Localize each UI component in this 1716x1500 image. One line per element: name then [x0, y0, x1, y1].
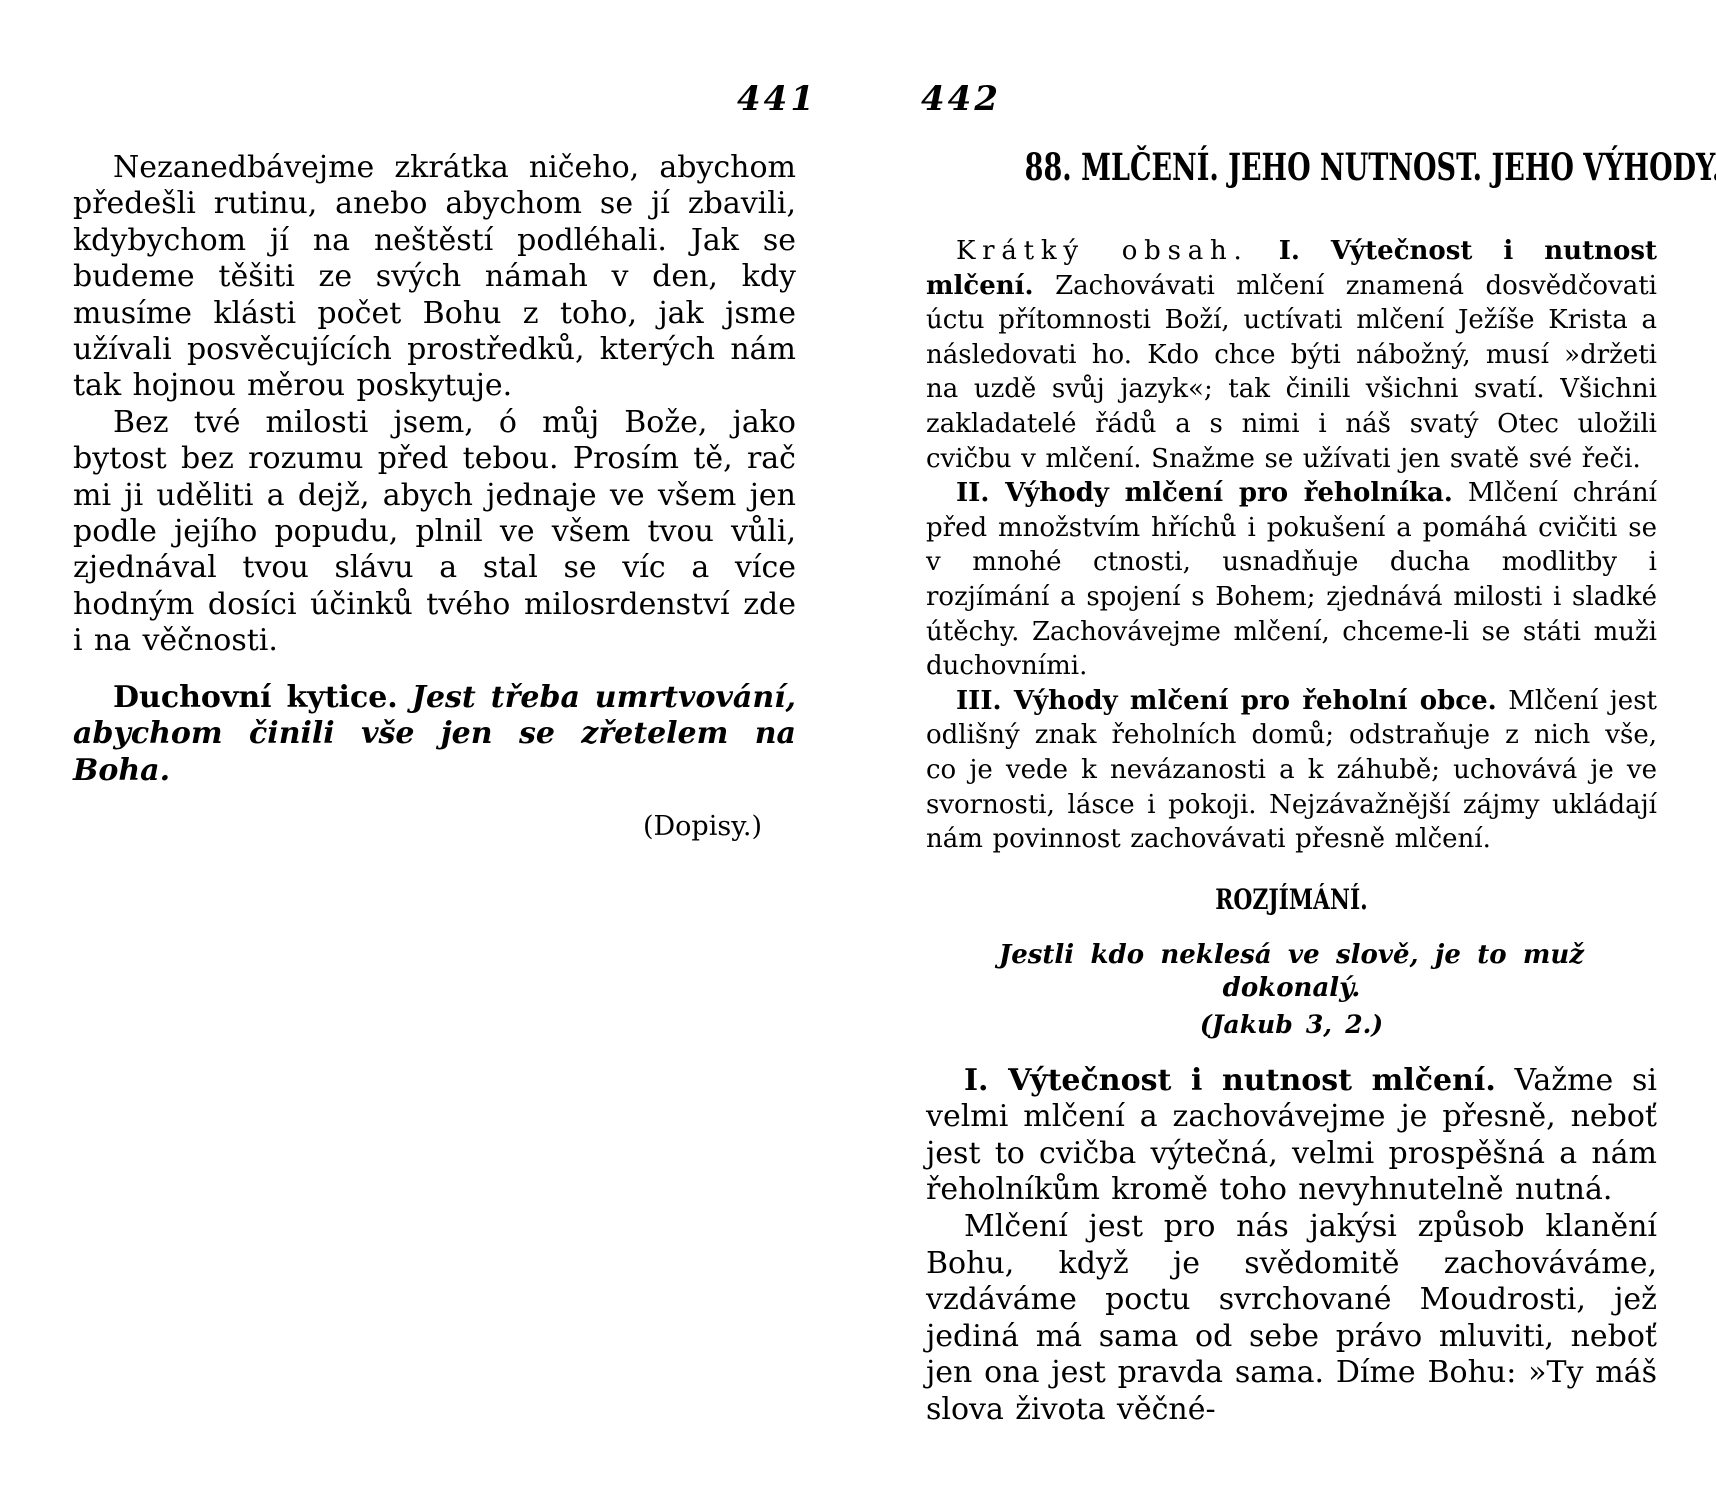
meditation-section-title: I. Výtečnost i nutnost mlčení.: [964, 1063, 1496, 1098]
meditation-block: ROZJÍMÁNÍ. Jestli kdo neklesá ve slově, …: [926, 883, 1657, 1429]
summary-section1-text: Zachovávati mlčení znamená dosvědčovati …: [926, 271, 1657, 474]
summary-paragraph-1: Krátký obsah. I. Výtečnost i nutnost mlč…: [926, 234, 1657, 476]
spiritual-bouquet-paragraph: Duchovní kytice. Jest třeba umrtvování, …: [73, 680, 796, 789]
short-summary-block: Krátký obsah. I. Výtečnost i nutnost mlč…: [926, 234, 1657, 857]
right-page-column: 88. MLČENÍ. JEHO NUTNOST. JEHO VÝHODY. K…: [926, 146, 1657, 1429]
summary-section2-text: Mlčení chrání před množstvím hříchů i po…: [926, 478, 1657, 681]
book-spread: 441 442 Nezanedbávejme zkrátka ničeho, a…: [0, 0, 1716, 1500]
summary-paragraph-3: III. Výhody mlčení pro řeholní obce. Mlč…: [926, 684, 1657, 857]
summary-section3-title: III. Výhody mlčení pro řeholní obce.: [956, 686, 1497, 716]
source-note: (Dopisy.): [73, 811, 796, 843]
summary-label: Krátký obsah.: [956, 236, 1248, 266]
left-page-column: Nezanedbávejme zkrátka ničeho, abychom p…: [73, 150, 796, 843]
meditation-paragraph-1: I. Výtečnost i nutnost mlčení. Važme si …: [926, 1063, 1657, 1209]
summary-paragraph-2: II. Výhody mlčení pro řeholníka. Mlčení …: [926, 476, 1657, 684]
page-number-right: 442: [921, 80, 1001, 118]
page-number-left: 441: [737, 80, 817, 118]
meditation-paragraph-2: Mlčení jest pro nás jakýsi způsob klaněn…: [926, 1209, 1657, 1429]
left-paragraph-1: Nezanedbávejme zkrátka ničeho, abychom p…: [73, 150, 796, 405]
scripture-verse: Jestli kdo neklesá ve slově, je to muž d…: [926, 939, 1657, 1005]
summary-section2-title: II. Výhody mlčení pro řeholníka.: [956, 478, 1453, 508]
scripture-verse-source: (Jakub 3, 2.): [926, 1008, 1657, 1041]
chapter-heading: 88. MLČENÍ. JEHO NUTNOST. JEHO VÝHODY.: [1025, 146, 1559, 188]
meditation-heading: ROZJÍMÁNÍ.: [1006, 883, 1576, 917]
left-paragraph-2: Bez tvé milosti jsem, ó můj Bože, jako b…: [73, 405, 796, 660]
spiritual-bouquet-label: Duchovní kytice.: [113, 680, 398, 715]
